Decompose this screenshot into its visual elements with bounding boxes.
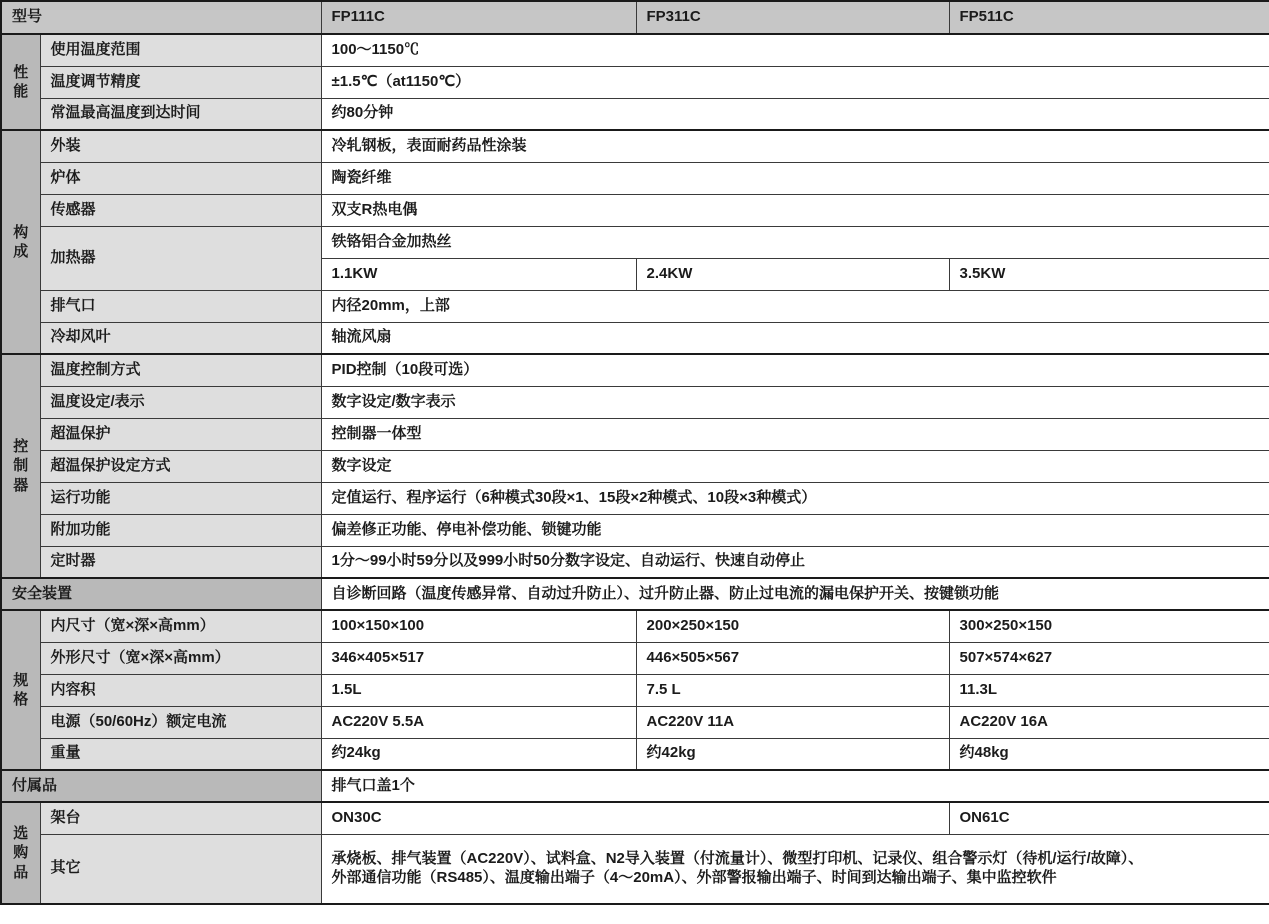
row-label: 超温保护 <box>40 418 321 450</box>
value-cell: 300×250×150 <box>949 610 1269 642</box>
row-label: 重量 <box>40 738 321 770</box>
value-cell: 数字设定/数字表示 <box>321 386 1269 418</box>
row-label: 电源（50/60Hz）额定电流 <box>40 706 321 738</box>
row-label: 使用温度范围 <box>40 34 321 66</box>
value-cell: 1.1KW <box>321 258 636 290</box>
value-cell: AC220V 16A <box>949 706 1269 738</box>
value-cell: 446×505×567 <box>636 642 949 674</box>
table-row: 定时器 1分～99小时59分以及999小时50分数字设定、自动运行、快速自动停止 <box>1 546 1269 578</box>
value-line: 外部通信功能（RS485）、温度输出端子（4～20mA）、外部警报输出端子、时间… <box>332 869 1260 888</box>
spec-table: 型号 FP111C FP311C FP511C 性能 使用温度范围 100～11… <box>0 0 1269 905</box>
row-label: 其它 <box>40 834 321 904</box>
value-cell: ±1.5℃（at1150℃） <box>321 66 1269 98</box>
table-row: 超温保护设定方式 数字设定 <box>1 450 1269 482</box>
table-row: 炉体 陶瓷纤维 <box>1 162 1269 194</box>
value-cell: 冷轧钢板，表面耐药品性涂装 <box>321 130 1269 162</box>
row-label: 定时器 <box>40 546 321 578</box>
row-label: 架台 <box>40 802 321 834</box>
table-row: 温度调节精度 ±1.5℃（at1150℃） <box>1 66 1269 98</box>
table-row: 电源（50/60Hz）额定电流 AC220V 5.5A AC220V 11A A… <box>1 706 1269 738</box>
section-label-accessories: 付属品 <box>1 770 321 802</box>
value-cell: 100～1150℃ <box>321 34 1269 66</box>
model-header-fp111c: FP111C <box>321 1 636 34</box>
value-cell: 11.3L <box>949 674 1269 706</box>
value-cell: 排气口盖1个 <box>321 770 1269 802</box>
table-row: 性能 使用温度范围 100～1150℃ <box>1 34 1269 66</box>
table-row: 加热器 铁铬铝合金加热丝 <box>1 226 1269 258</box>
value-cell: ON30C <box>321 802 949 834</box>
value-cell: 约48kg <box>949 738 1269 770</box>
table-row: 超温保护 控制器一体型 <box>1 418 1269 450</box>
value-cell: 1.5L <box>321 674 636 706</box>
row-label: 外装 <box>40 130 321 162</box>
table-row: 付属品 排气口盖1个 <box>1 770 1269 802</box>
value-cell: 约42kg <box>636 738 949 770</box>
value-cell: 3.5KW <box>949 258 1269 290</box>
table-row: 内容积 1.5L 7.5 L 11.3L <box>1 674 1269 706</box>
row-label: 常温最高温度到达时间 <box>40 98 321 130</box>
table-row: 选购品 架台 ON30C ON61C <box>1 802 1269 834</box>
table-row: 规格 内尺寸（宽×深×高mm） 100×150×100 200×250×150 … <box>1 610 1269 642</box>
row-label: 温度调节精度 <box>40 66 321 98</box>
model-header-fp511c: FP511C <box>949 1 1269 34</box>
value-cell: 自诊断回路（温度传感异常、自动过升防止）、过升防止器、防止过电流的漏电保护开关、… <box>321 578 1269 610</box>
value-cell: 200×250×150 <box>636 610 949 642</box>
value-cell: 约24kg <box>321 738 636 770</box>
table-row: 构成 外装 冷轧钢板，表面耐药品性涂装 <box>1 130 1269 162</box>
table-row: 冷却风叶 轴流风扇 <box>1 322 1269 354</box>
section-label-safety: 安全装置 <box>1 578 321 610</box>
value-cell: 轴流风扇 <box>321 322 1269 354</box>
row-label: 附加功能 <box>40 514 321 546</box>
value-cell: 约80分钟 <box>321 98 1269 130</box>
value-cell: 双支R热电偶 <box>321 194 1269 226</box>
model-row-label: 型号 <box>1 1 321 34</box>
header-row: 型号 FP111C FP311C FP511C <box>1 1 1269 34</box>
table-row: 传感器 双支R热电偶 <box>1 194 1269 226</box>
table-row: 排气口 内径20mm，上部 <box>1 290 1269 322</box>
row-label: 内容积 <box>40 674 321 706</box>
value-cell: 7.5 L <box>636 674 949 706</box>
value-cell: AC220V 11A <box>636 706 949 738</box>
table-row: 运行功能 定值运行、程序运行（6种模式30段×1、15段×2种模式、10段×3种… <box>1 482 1269 514</box>
value-cell: 内径20mm，上部 <box>321 290 1269 322</box>
row-label: 炉体 <box>40 162 321 194</box>
group-label-optional: 选购品 <box>1 802 40 904</box>
value-cell: PID控制（10段可选） <box>321 354 1269 386</box>
value-cell: 数字设定 <box>321 450 1269 482</box>
table-row: 安全装置 自诊断回路（温度传感异常、自动过升防止）、过升防止器、防止过电流的漏电… <box>1 578 1269 610</box>
row-label: 冷却风叶 <box>40 322 321 354</box>
value-cell: 陶瓷纤维 <box>321 162 1269 194</box>
row-label: 超温保护设定方式 <box>40 450 321 482</box>
group-label-construction: 构成 <box>1 130 40 354</box>
row-label: 传感器 <box>40 194 321 226</box>
group-label-performance: 性能 <box>1 34 40 130</box>
row-label: 外形尺寸（宽×深×高mm） <box>40 642 321 674</box>
table-row: 附加功能 偏差修正功能、停电补偿功能、锁键功能 <box>1 514 1269 546</box>
value-cell: AC220V 5.5A <box>321 706 636 738</box>
row-label: 温度设定/表示 <box>40 386 321 418</box>
value-cell: 控制器一体型 <box>321 418 1269 450</box>
table-row: 外形尺寸（宽×深×高mm） 346×405×517 446×505×567 50… <box>1 642 1269 674</box>
table-row: 常温最高温度到达时间 约80分钟 <box>1 98 1269 130</box>
value-cell: ON61C <box>949 802 1269 834</box>
row-label: 加热器 <box>40 226 321 290</box>
value-cell: 507×574×627 <box>949 642 1269 674</box>
value-cell: 铁铬铝合金加热丝 <box>321 226 1269 258</box>
value-cell: 承烧板、排气装置（AC220V）、试料盒、N2导入装置（付流量计）、微型打印机、… <box>321 834 1269 904</box>
table-row: 温度设定/表示 数字设定/数字表示 <box>1 386 1269 418</box>
table-row: 控制器 温度控制方式 PID控制（10段可选） <box>1 354 1269 386</box>
table-row: 其它 承烧板、排气装置（AC220V）、试料盒、N2导入装置（付流量计）、微型打… <box>1 834 1269 904</box>
table-row: 重量 约24kg 约42kg 约48kg <box>1 738 1269 770</box>
value-cell: 定值运行、程序运行（6种模式30段×1、15段×2种模式、10段×3种模式） <box>321 482 1269 514</box>
row-label: 内尺寸（宽×深×高mm） <box>40 610 321 642</box>
value-cell: 偏差修正功能、停电补偿功能、锁键功能 <box>321 514 1269 546</box>
value-cell: 1分～99小时59分以及999小时50分数字设定、自动运行、快速自动停止 <box>321 546 1269 578</box>
group-label-spec: 规格 <box>1 610 40 770</box>
model-header-fp311c: FP311C <box>636 1 949 34</box>
value-cell: 346×405×517 <box>321 642 636 674</box>
group-label-controller: 控制器 <box>1 354 40 578</box>
value-line: 承烧板、排气装置（AC220V）、试料盒、N2导入装置（付流量计）、微型打印机、… <box>332 850 1260 869</box>
row-label: 运行功能 <box>40 482 321 514</box>
value-cell: 100×150×100 <box>321 610 636 642</box>
row-label: 温度控制方式 <box>40 354 321 386</box>
row-label: 排气口 <box>40 290 321 322</box>
value-cell: 2.4KW <box>636 258 949 290</box>
